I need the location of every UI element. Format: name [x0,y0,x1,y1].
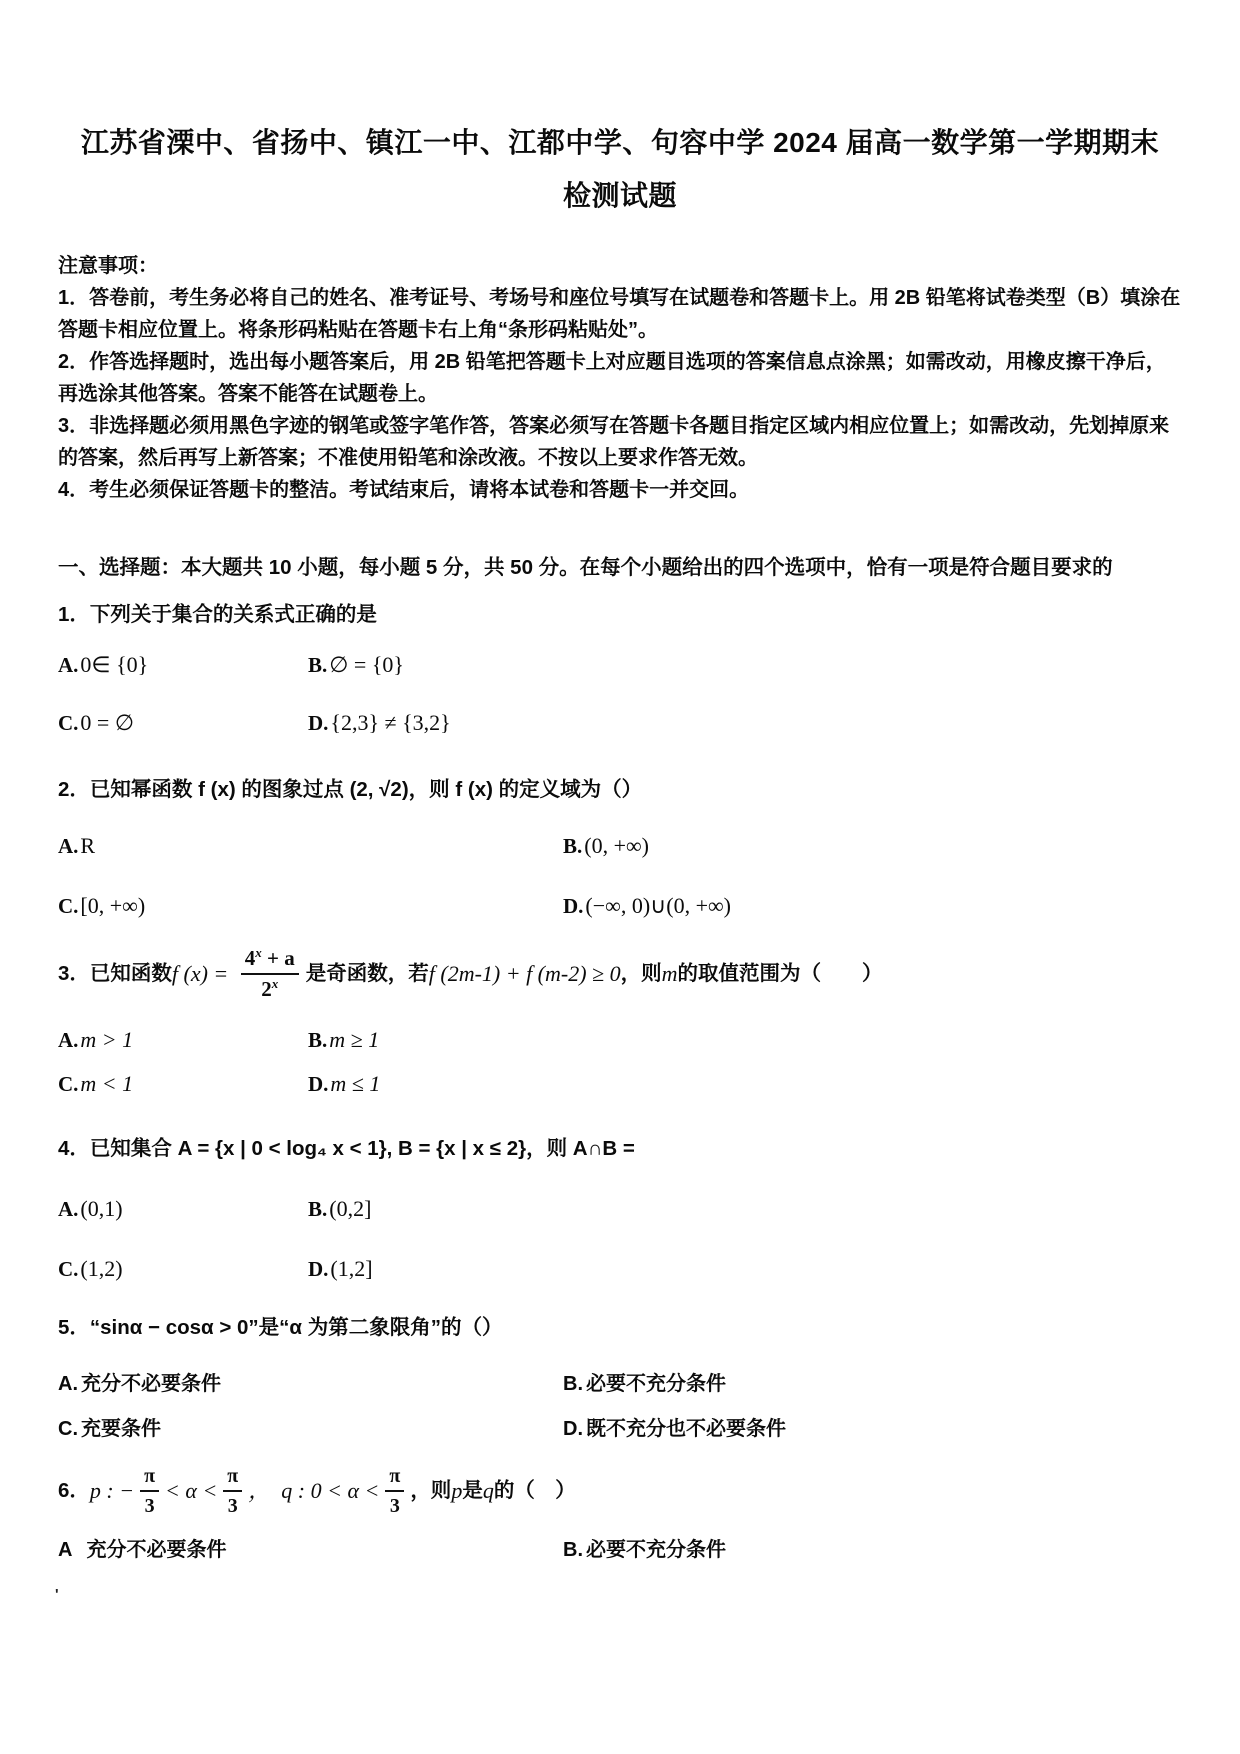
option-a-value: 充分不必要条件 [81,1367,221,1396]
option-d: D. {2,3} ≠ {3,2} [308,710,1182,736]
option-c: C. m < 1 [58,1071,308,1097]
question-1-options: A. 0∈ {0} B. ∅ = {0} C. 0 = ∅ D. {2,3} ≠… [58,652,1182,736]
option-a-label: A. [58,1028,78,1053]
fraction-denominator: 3 [228,1492,238,1519]
fraction-denominator: 2x [261,975,278,1003]
stem-text: ，则 [621,958,662,991]
stem-math: p : − [90,1473,134,1508]
notice-item-3: 3．非选择题必须用黑色字迹的钢笔或签字笔作答，答案必须写在答题卡各题目指定区域内… [58,410,1182,474]
option-b-value: ∅ = {0} [329,652,404,678]
stem-text: 3．已知函数 [58,958,172,991]
fraction-denominator: 3 [390,1492,400,1519]
option-c-label: C. [58,711,78,736]
option-a: A. 0∈ {0} [58,652,308,678]
stem-text: 的（ ） [494,1475,576,1508]
option-b: B. 必要不充分条件 [563,1533,1182,1562]
option-b-value: (0,2] [329,1196,371,1222]
stem-text: 是奇函数，若 [306,958,429,991]
option-b-label: B. [308,1028,327,1053]
stem-math: f (x) = [172,956,234,991]
option-c: C. (1,2) [58,1256,308,1282]
question-1-stem: 1．下列关于集合的关系式正确的是 [58,599,1182,632]
option-b-value: (0, +∞) [584,833,649,859]
option-a-value: (0,1) [80,1196,122,1222]
option-a-label: A. [58,834,78,859]
fraction-denominator: 3 [145,1492,155,1519]
fraction-numerator: π [385,1463,404,1492]
stem-text: 6． [58,1475,90,1508]
option-b-label: B. [563,1373,583,1396]
option-c-label: C. [58,1257,78,1282]
option-a-value: R [80,833,95,859]
notice-item-4: 4．考生必须保证答题卡的整洁。考试结束后，请将本试卷和答题卡一并交回。 [58,474,1182,506]
option-b-label: B. [563,1539,583,1562]
paper-title-line2: 检测试题 [563,180,677,211]
question-6-options: A 充分不必要条件 B. 必要不充分条件 [58,1533,1182,1562]
option-a-label: A. [58,653,78,678]
option-d-value: (1,2] [330,1256,372,1282]
paper-title-line1: 江苏省溧中、省扬中、镇江一中、江都中学、句容中学 2024 届高一数学第一学期期… [81,127,1159,158]
notices-section: 注意事项： 1．答卷前，考生务必将自己的姓名、准考证号、考场号和座位号填写在试题… [58,250,1182,506]
stem-math: f (2m-1) + f (m-2) ≥ 0 [429,956,621,991]
option-c-value: m < 1 [80,1071,133,1097]
fraction-pi-over-3: π 3 [140,1463,159,1519]
question-1: 1．下列关于集合的关系式正确的是 A. 0∈ {0} B. ∅ = {0} C.… [58,599,1182,736]
stem-math: ， q : 0 < α < [248,1473,379,1508]
option-a-label: A. [58,1197,78,1222]
option-b-label: B. [308,653,327,678]
option-a-value: m > 1 [80,1027,133,1053]
option-b: B. 必要不充分条件 [563,1367,1182,1396]
question-3-options: A. m > 1 B. m ≥ 1 C. m < 1 D. m ≤ 1 [58,1027,1182,1097]
denominator-exponent: x [272,976,279,991]
question-3-stem: 3．已知函数 f (x) = 4x + a 2x 是奇函数，若 f (2m-1)… [58,945,1182,1004]
fraction-pi-over-3: π 3 [385,1463,404,1519]
fraction-numerator: π [223,1463,242,1492]
option-b: B. (0,2] [308,1196,1182,1222]
stem-text: 是 [462,1475,483,1508]
notice-item-1: 1．答卷前，考生务必将自己的姓名、准考证号、考场号和座位号填写在试题卷和答题卡上… [58,282,1182,346]
option-a-value: 充分不必要条件 [86,1533,226,1562]
question-3: 3．已知函数 f (x) = 4x + a 2x 是奇函数，若 f (2m-1)… [58,945,1182,1098]
stem-math: < α < [165,1473,217,1508]
numerator-rest: + a [262,946,295,970]
option-c-label: C. [58,894,78,919]
option-b-label: B. [308,1197,327,1222]
question-6-stem: 6． p : − π 3 < α < π 3 ， q : 0 < α < π 3… [58,1463,1182,1519]
question-2-options: A. R B. (0, +∞) C. [0, +∞) D. (−∞, 0)∪(0… [58,833,1182,919]
option-a-label: A. [58,1373,78,1396]
option-c: C. 充要条件 [58,1412,563,1441]
option-d-value: {2,3} ≠ {3,2} [330,710,450,736]
option-c: C. 0 = ∅ [58,710,308,736]
question-4-options: A. (0,1) B. (0,2] C. (1,2) D. (1,2] [58,1196,1182,1282]
option-b-value: m ≥ 1 [329,1027,379,1053]
option-d: D. (1,2] [308,1256,1182,1282]
notice-item-2: 2．作答选择题时，选出每小题答案后，用 2B 铅笔把答题卡上对应题目选项的答案信… [58,346,1182,410]
question-5: 5．“sinα − cosα > 0”是“α 为第二象限角”的（） A. 充分不… [58,1312,1182,1441]
question-6: 6． p : − π 3 < α < π 3 ， q : 0 < α < π 3… [58,1463,1182,1562]
paper-title: 江苏省溧中、省扬中、镇江一中、江都中学、句容中学 2024 届高一数学第一学期期… [58,0,1182,222]
denominator-base: 2 [261,977,272,1001]
option-b-value: 必要不充分条件 [586,1533,726,1562]
option-b: B. m ≥ 1 [308,1027,1182,1053]
option-d: D. 既不充分也不必要条件 [563,1412,1182,1441]
option-d-value: 既不充分也不必要条件 [586,1412,786,1441]
option-d-label: D. [308,1257,328,1282]
option-c: C. [0, +∞) [58,893,563,919]
option-c-value: 0 = ∅ [80,710,134,736]
option-c-value: 充要条件 [81,1412,161,1441]
option-d-label: D. [308,711,328,736]
option-a-label: A [58,1539,72,1562]
option-c-label: C. [58,1418,78,1441]
option-d-value: (−∞, 0)∪(0, +∞) [585,893,731,919]
option-c-label: C. [58,1072,78,1097]
option-b-value: 必要不充分条件 [586,1367,726,1396]
stem-math: q [483,1473,494,1508]
option-a: A. 充分不必要条件 [58,1367,563,1396]
option-d-label: D. [308,1072,328,1097]
option-a: A. R [58,833,563,859]
question-2: 2．已知幂函数 f (x) 的图象过点 (2, √2)，则 f (x) 的定义域… [58,774,1182,919]
option-d-value: m ≤ 1 [330,1071,380,1097]
question-5-stem: 5．“sinα − cosα > 0”是“α 为第二象限角”的（） [58,1312,1182,1345]
option-b-label: B. [563,834,582,859]
section-1-header: 一、选择题：本大题共 10 小题，每小题 5 分，共 50 分。在每个小题给出的… [58,552,1182,585]
fraction: 4x + a 2x [241,945,299,1004]
option-d-label: D. [563,894,583,919]
option-b: B. ∅ = {0} [308,652,1182,678]
question-5-options: A. 充分不必要条件 B. 必要不充分条件 C. 充要条件 D. 既不充分也不必… [58,1367,1182,1441]
option-a-value: 0∈ {0} [80,652,148,678]
option-b: B. (0, +∞) [563,833,1182,859]
numerator-base: 4 [245,946,256,970]
option-d-label: D. [563,1418,583,1441]
option-d: D. (−∞, 0)∪(0, +∞) [563,893,1182,919]
option-a: A. (0,1) [58,1196,308,1222]
option-d: D. m ≤ 1 [308,1071,1182,1097]
fraction-numerator: 4x + a [241,945,299,975]
scan-artifact-mark: ' [55,1586,59,1603]
fraction-numerator: π [140,1463,159,1492]
stem-math: p [451,1473,462,1508]
option-c-value: [0, +∞) [80,893,145,919]
stem-math: m [662,956,678,991]
stem-text: 的取值范围为（ ） [678,958,883,991]
question-4: 4．已知集合 A = {x | 0 < log₄ x < 1}, B = {x … [58,1133,1182,1282]
question-2-stem: 2．已知幂函数 f (x) 的图象过点 (2, √2)，则 f (x) 的定义域… [58,774,1182,807]
option-a: A 充分不必要条件 [58,1533,563,1562]
option-c-value: (1,2) [80,1256,122,1282]
exam-page: 江苏省溧中、省扬中、镇江一中、江都中学、句容中学 2024 届高一数学第一学期期… [0,0,1240,1754]
fraction-pi-over-3: π 3 [223,1463,242,1519]
notices-heading: 注意事项： [58,250,1182,282]
stem-text: ，则 [410,1475,451,1508]
question-4-stem: 4．已知集合 A = {x | 0 < log₄ x < 1}, B = {x … [58,1133,1182,1166]
option-a: A. m > 1 [58,1027,308,1053]
